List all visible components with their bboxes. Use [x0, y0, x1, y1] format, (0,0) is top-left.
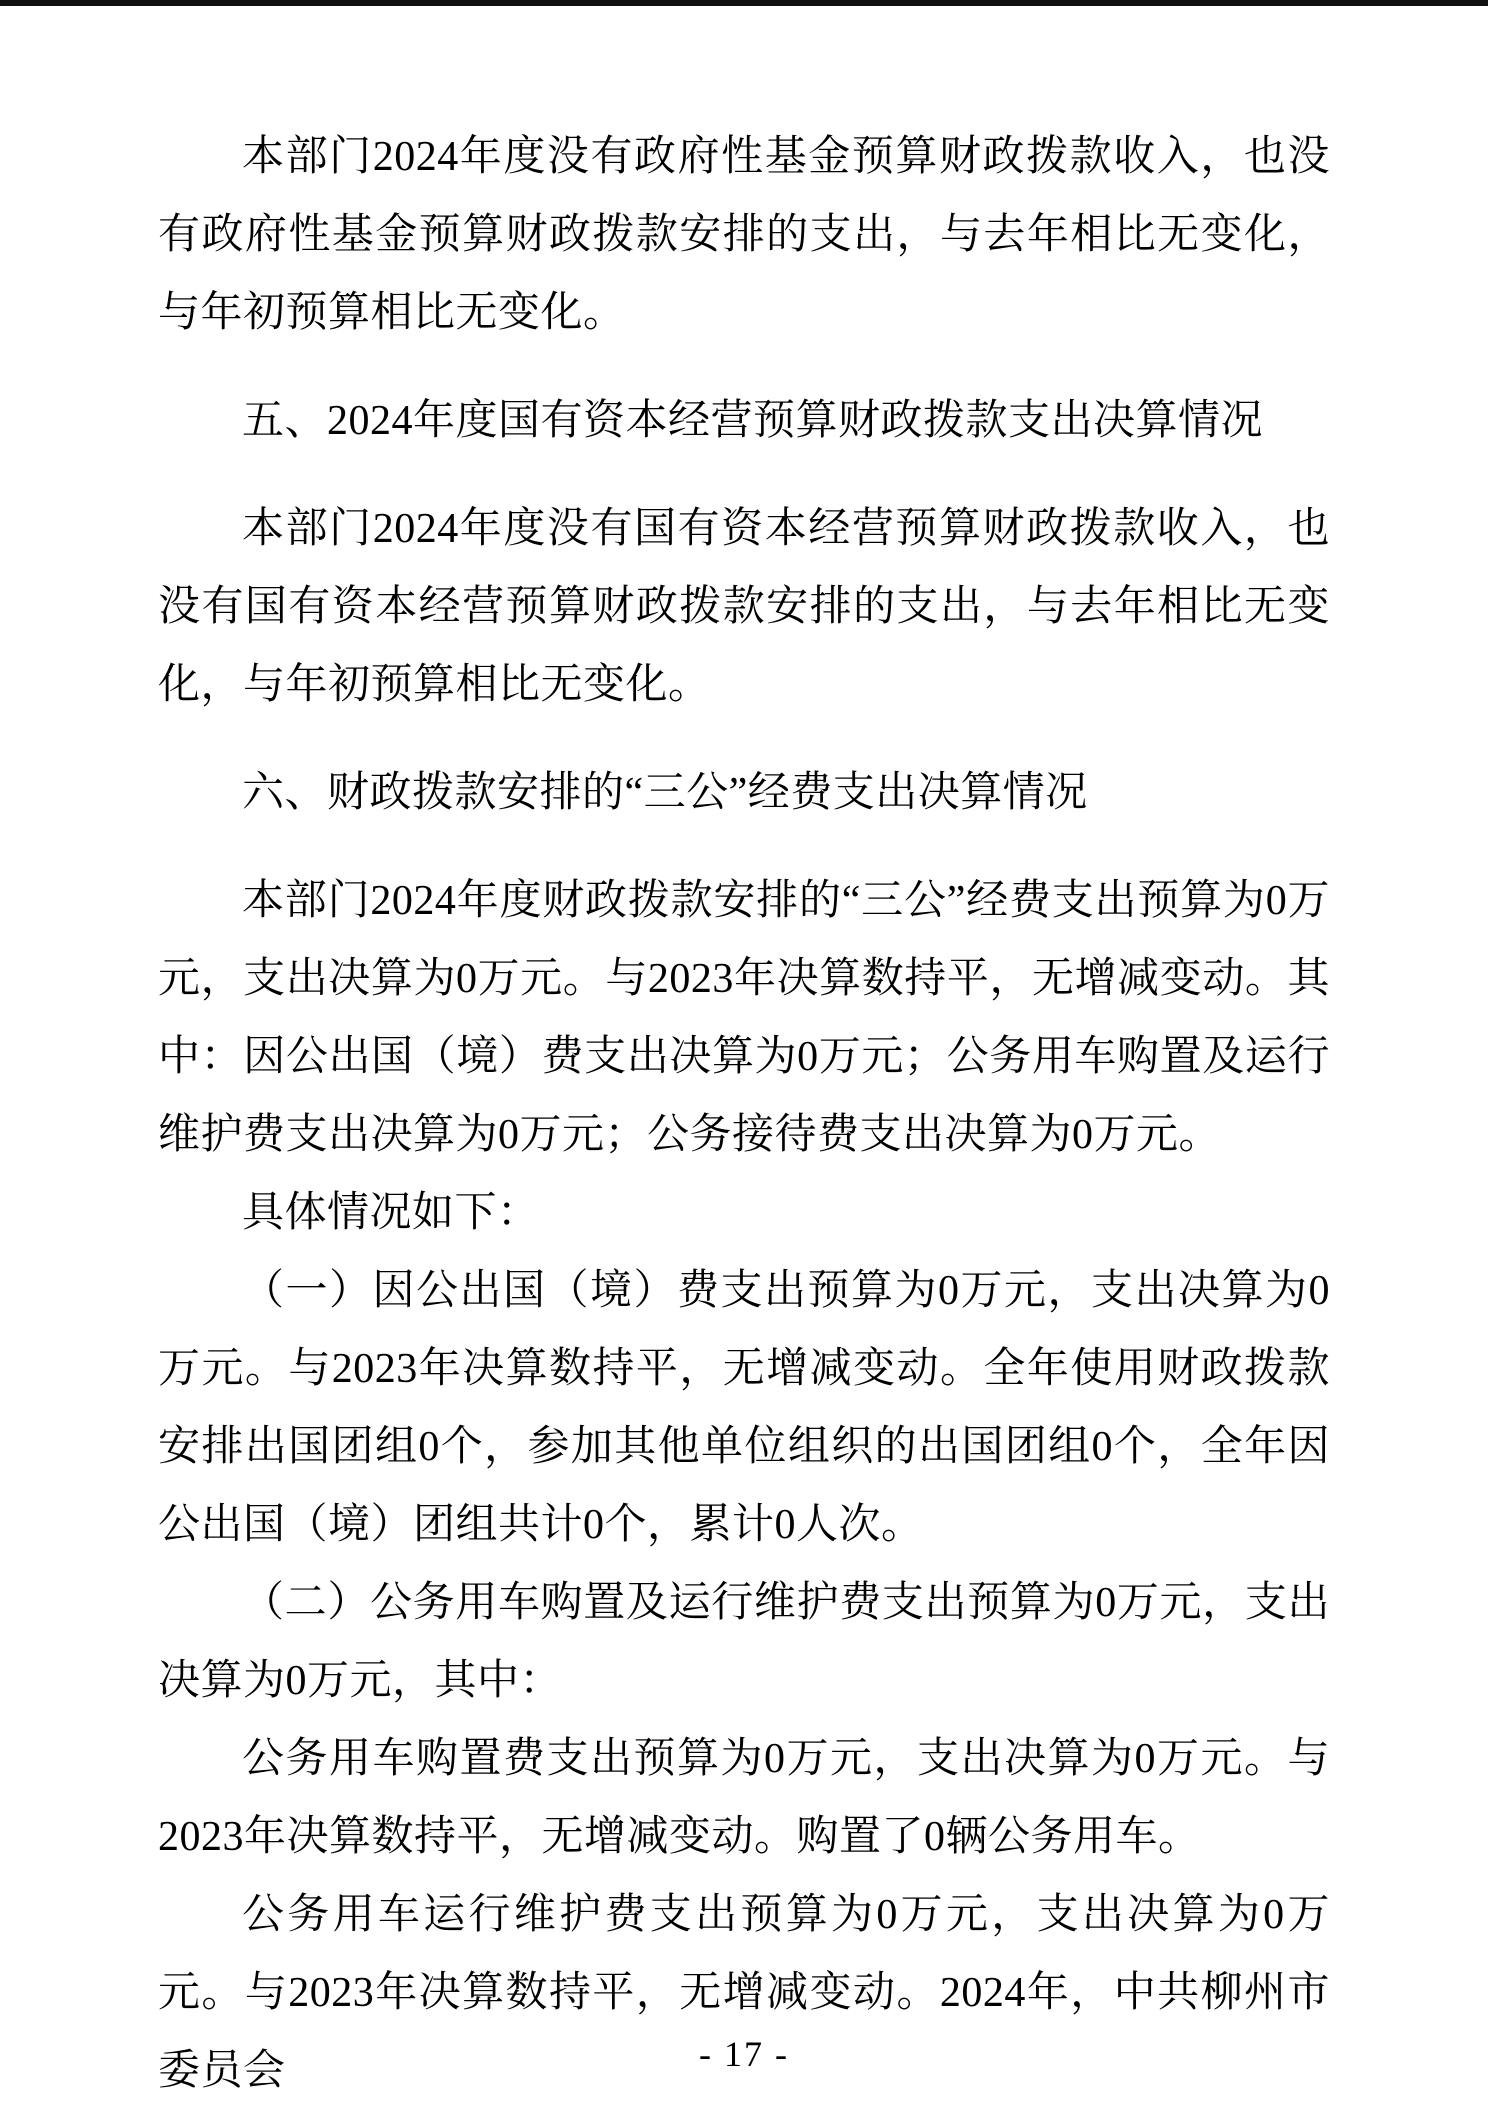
- top-border-line: [0, 0, 1488, 6]
- paragraph-item-1-overseas-trips: （一）因公出国（境）费支出预算为0万元，支出决算为0万元。与2023年决算数持平…: [158, 1252, 1330, 1564]
- paragraph-item-2-official-vehicles: （二）公务用车购置及运行维护费支出预算为0万元，支出决算为0万元，其中：: [158, 1564, 1330, 1720]
- paragraph-state-capital-budget: 本部门2024年度没有国有资本经营预算财政拨款收入，也没有国有资本经营预算财政拨…: [158, 490, 1330, 724]
- heading-section-6-three-public-expenses: 六、财政拨款安排的“三公”经费支出决算情况: [158, 754, 1330, 832]
- page-number: - 17 -: [0, 2032, 1488, 2076]
- document-page: 本部门2024年度没有政府性基金预算财政拨款收入，也没有政府性基金预算财政拨款安…: [0, 0, 1488, 2104]
- document-body: 本部门2024年度没有政府性基金预算财政拨款收入，也没有政府性基金预算财政拨款安…: [158, 118, 1330, 2104]
- paragraph-three-public-summary: 本部门2024年度财政拨款安排的“三公”经费支出预算为0万元，支出决算为0万元。…: [158, 862, 1330, 1174]
- paragraph-details-intro: 具体情况如下：: [158, 1174, 1330, 1252]
- paragraph-gov-fund-budget: 本部门2024年度没有政府性基金预算财政拨款收入，也没有政府性基金预算财政拨款安…: [158, 118, 1330, 352]
- paragraph-vehicle-purchase: 公务用车购置费支出预算为0万元，支出决算为0万元。与2023年决算数持平，无增减…: [158, 1720, 1330, 1876]
- heading-section-5-state-capital: 五、2024年度国有资本经营预算财政拨款支出决算情况: [158, 382, 1330, 460]
